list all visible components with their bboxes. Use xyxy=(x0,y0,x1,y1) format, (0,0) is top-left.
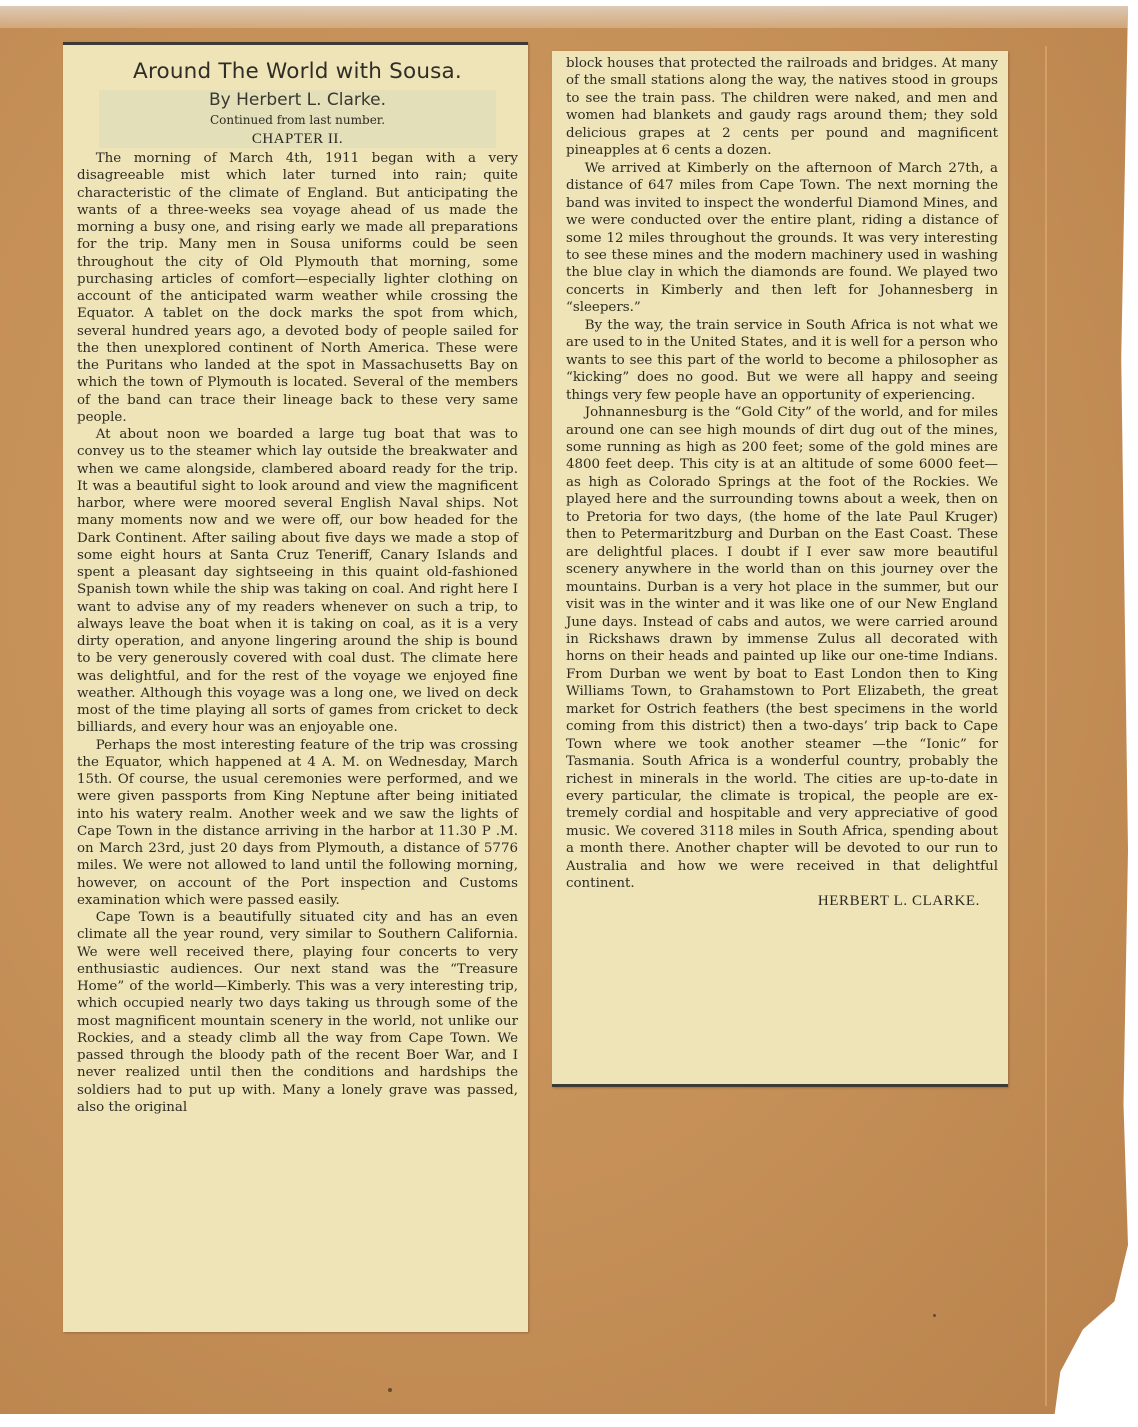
paragraph: Johnannesburg is the “Gold City” of the … xyxy=(566,404,998,893)
paragraph: block houses that protected the railroad… xyxy=(566,55,998,160)
right-column-body: block houses that protected the railroad… xyxy=(566,55,998,893)
paragraph: By the way, the train service in South A… xyxy=(566,317,998,404)
left-column-body: The morning of March 4th, 1911 began wit… xyxy=(77,150,518,1116)
paper-speck xyxy=(933,1314,936,1317)
paragraph: Perhaps the most interesting feature of … xyxy=(77,737,518,910)
paragraph: We arrived at Kimberly on the afternoon … xyxy=(566,160,998,317)
author-signature: HERBERT L. CLARKE. xyxy=(566,893,998,910)
paragraph: The morning of March 4th, 1911 began wit… xyxy=(77,150,518,426)
paragraph: Cape Town is a beautifully situated city… xyxy=(77,909,518,1116)
article-title: Around The World with Sousa. xyxy=(77,59,518,84)
clipping-left-column: Around The World with Sousa. By Herbert … xyxy=(63,42,528,1332)
continued-note: Continued from last number. xyxy=(99,113,496,127)
paper-speck xyxy=(388,1388,392,1392)
scrapbook-page: Around The World with Sousa. By Herbert … xyxy=(0,6,1128,1414)
clipping-right-column: block houses that protected the railroad… xyxy=(552,51,1008,1087)
page-fold-crease xyxy=(1045,46,1047,1406)
article-byline: By Herbert L. Clarke. xyxy=(99,90,496,110)
chapter-heading: CHAPTER II. xyxy=(99,131,496,148)
paragraph: At about noon we boarded a large tug boa… xyxy=(77,426,518,737)
article-header-block: By Herbert L. Clarke. Continued from las… xyxy=(99,90,496,148)
